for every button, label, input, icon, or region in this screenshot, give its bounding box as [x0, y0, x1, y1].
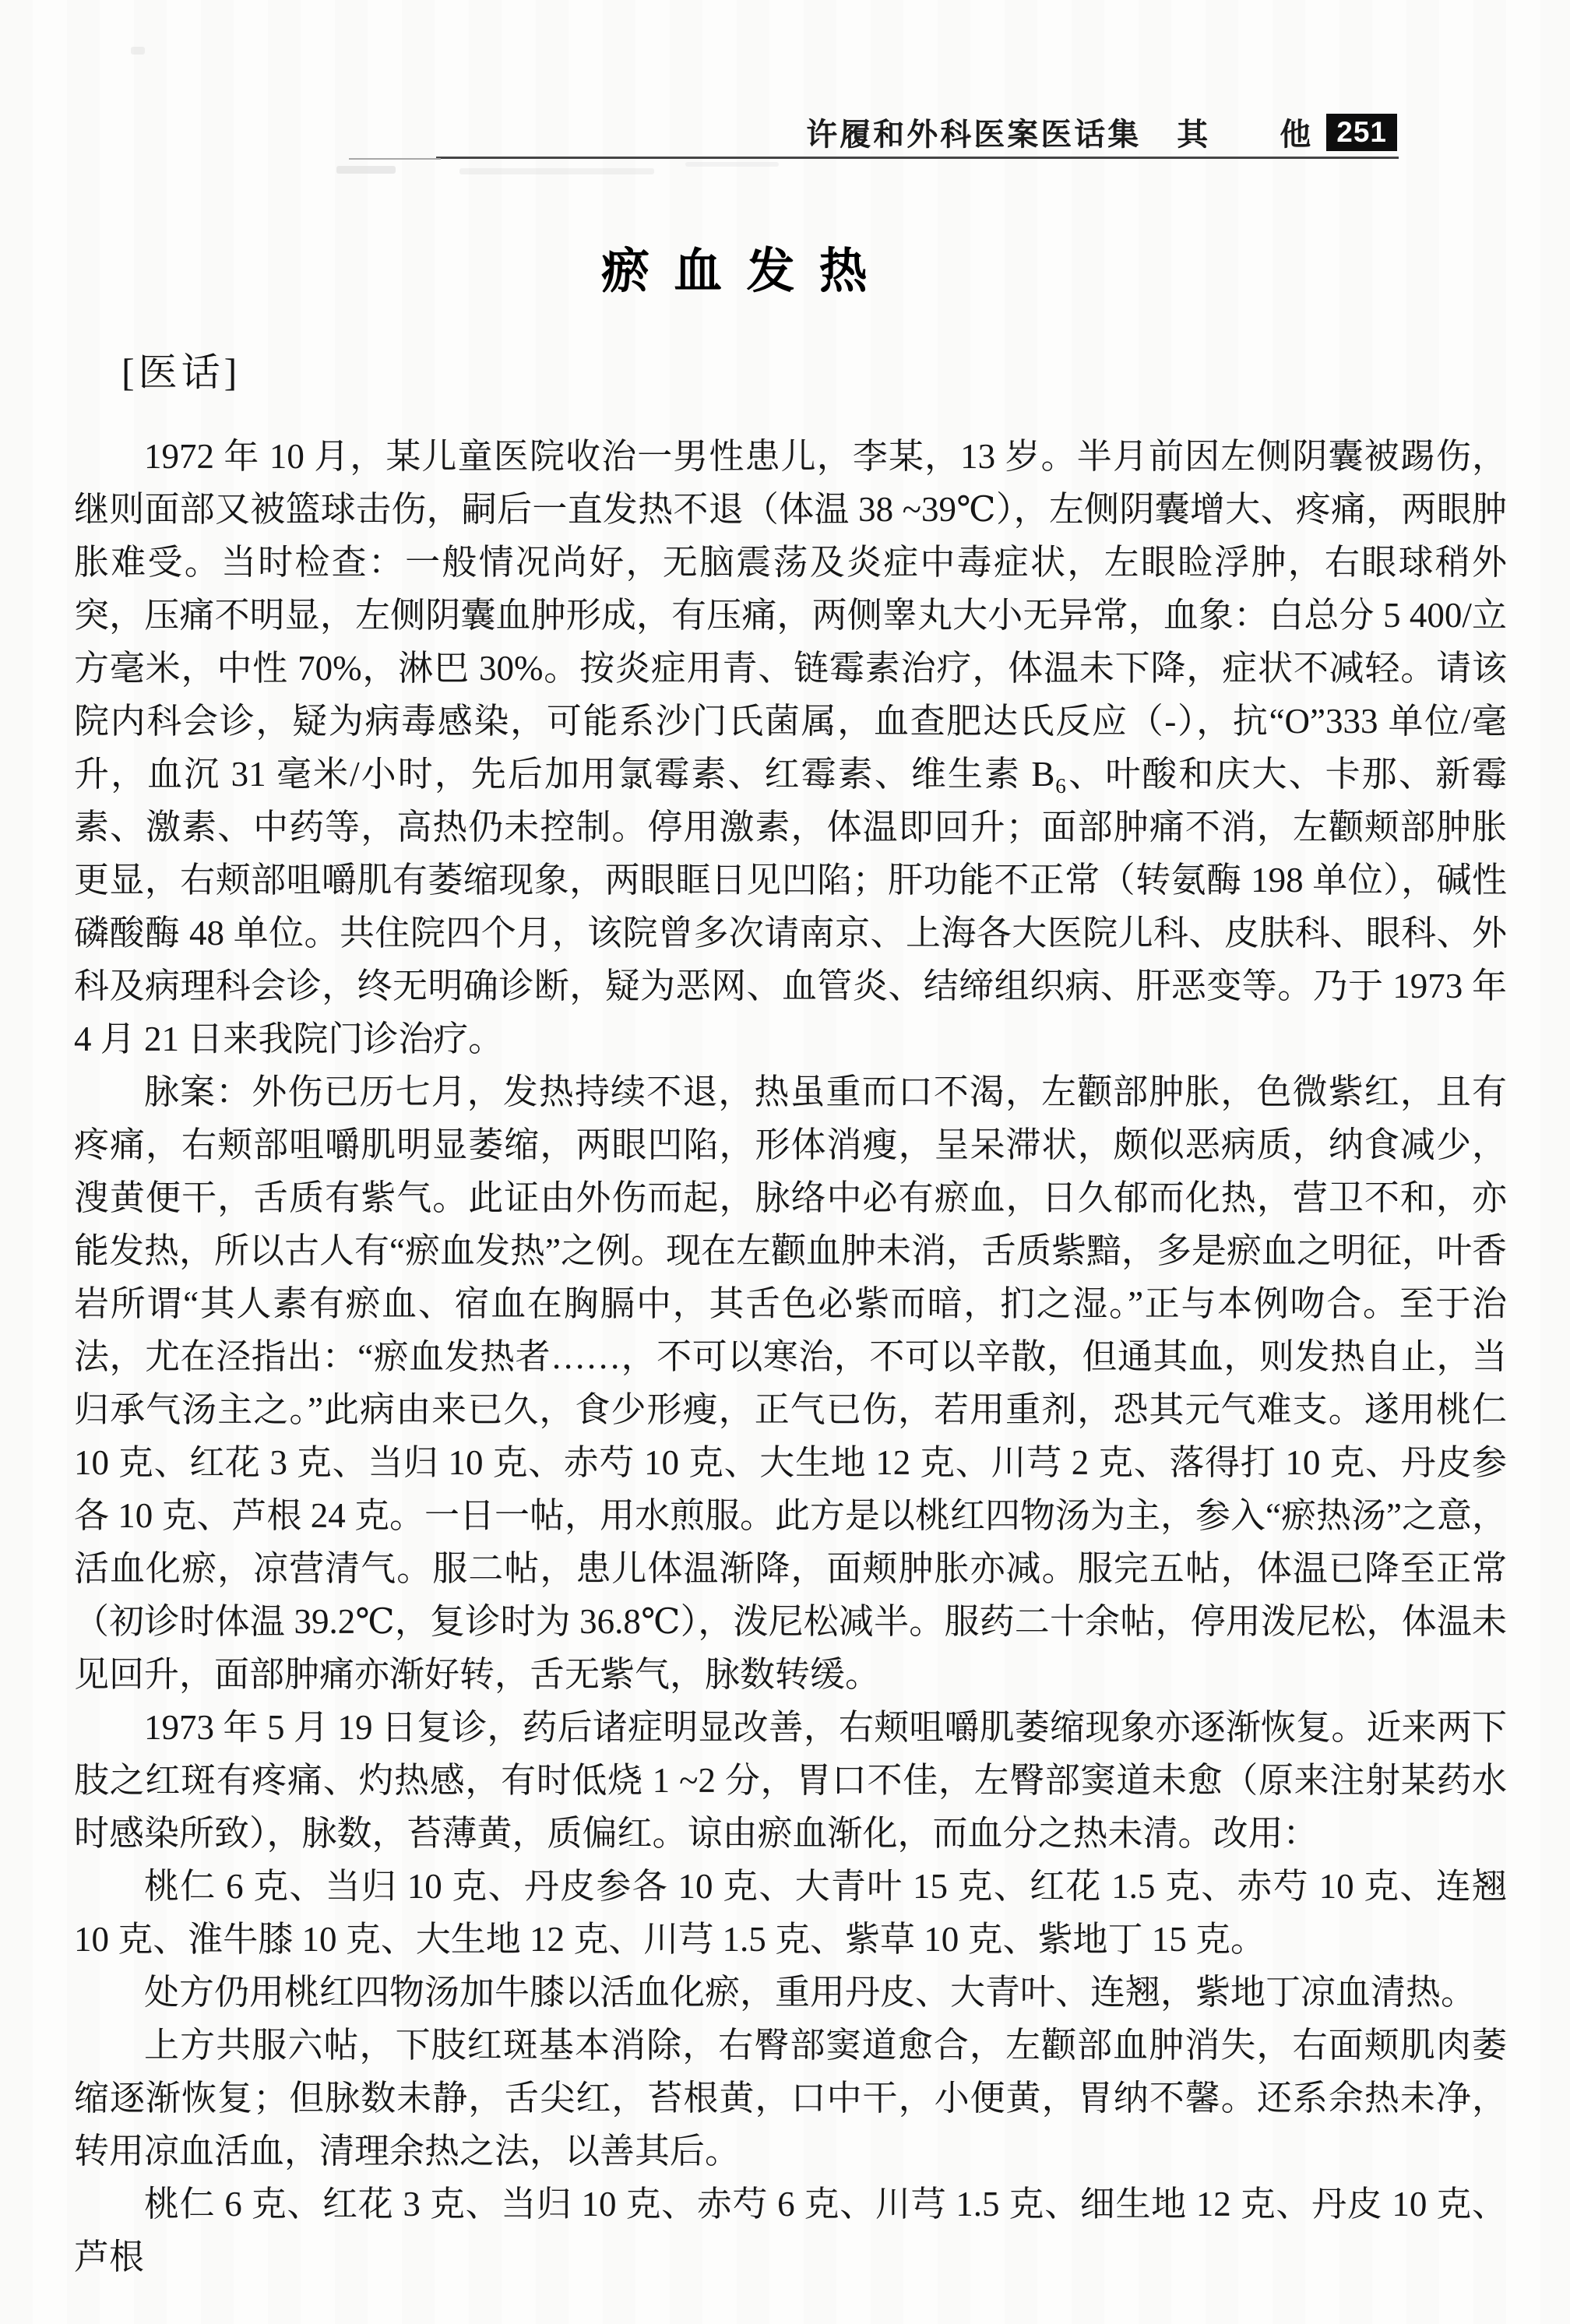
- scan-smudge: [685, 162, 779, 167]
- book-page: 许履和外科医案医话集 其 他 251 瘀 血 发 热 [医话] 1972 年 1…: [0, 0, 1570, 2324]
- running-header: 许履和外科医案医话集 其 他 251: [806, 110, 1397, 154]
- paragraph-prescription-3: 桃仁 6 克、红花 3 克、当归 10 克、赤芍 6 克、川芎 1.5 克、细生…: [74, 2178, 1507, 2284]
- header-rule-faint: [349, 158, 441, 160]
- paragraph-pulse-record: 脉案：外伤已历七月，发热持续不退，热虽重而口不渴，左颧部肿胀，色微紫红，且有疼痛…: [74, 1065, 1507, 1701]
- paragraph-outcome: 上方共服六帖，下肢红斑基本消除，右臀部窦道愈合，左颧部血肿消失，右面颊肌肉萎缩逐…: [74, 2019, 1507, 2178]
- running-header-book-title: 许履和外科医案医话集: [806, 110, 1141, 154]
- paragraph-case-history: 1972 年 10 月，某儿童医院收治一男性患儿，李某，13 岁。半月前因左侧阴…: [74, 430, 1507, 1065]
- scan-smudge: [131, 47, 145, 55]
- paragraph-prescription-2: 桃仁 6 克、当归 10 克、丹皮参各 10 克、大青叶 15 克、红花 1.5…: [74, 1860, 1507, 1966]
- section-marker-yihua: [医话]: [121, 341, 241, 397]
- running-header-section-right: 他: [1280, 110, 1311, 154]
- paragraph-prescription-note: 处方仍用桃红四物汤加牛膝以活血化瘀，重用丹皮、大青叶、连翘，紫地丁凉血清热。: [74, 1966, 1507, 2019]
- paragraph-followup-visit: 1973 年 5 月 19 日复诊，药后诸症明显改善，右颊咀嚼肌萎缩现象亦逐渐恢…: [74, 1701, 1507, 1860]
- article-title: 瘀 血 发 热: [601, 232, 873, 301]
- scan-smudge: [459, 168, 654, 174]
- page-number-badge: 251: [1326, 114, 1397, 151]
- scan-smudge: [336, 166, 396, 174]
- running-header-section-left: 其: [1177, 110, 1208, 154]
- header-rule: [436, 157, 1399, 159]
- article-body: 1972 年 10 月，某儿童医院收治一男性患儿，李某，13 岁。半月前因左侧阴…: [74, 430, 1507, 2284]
